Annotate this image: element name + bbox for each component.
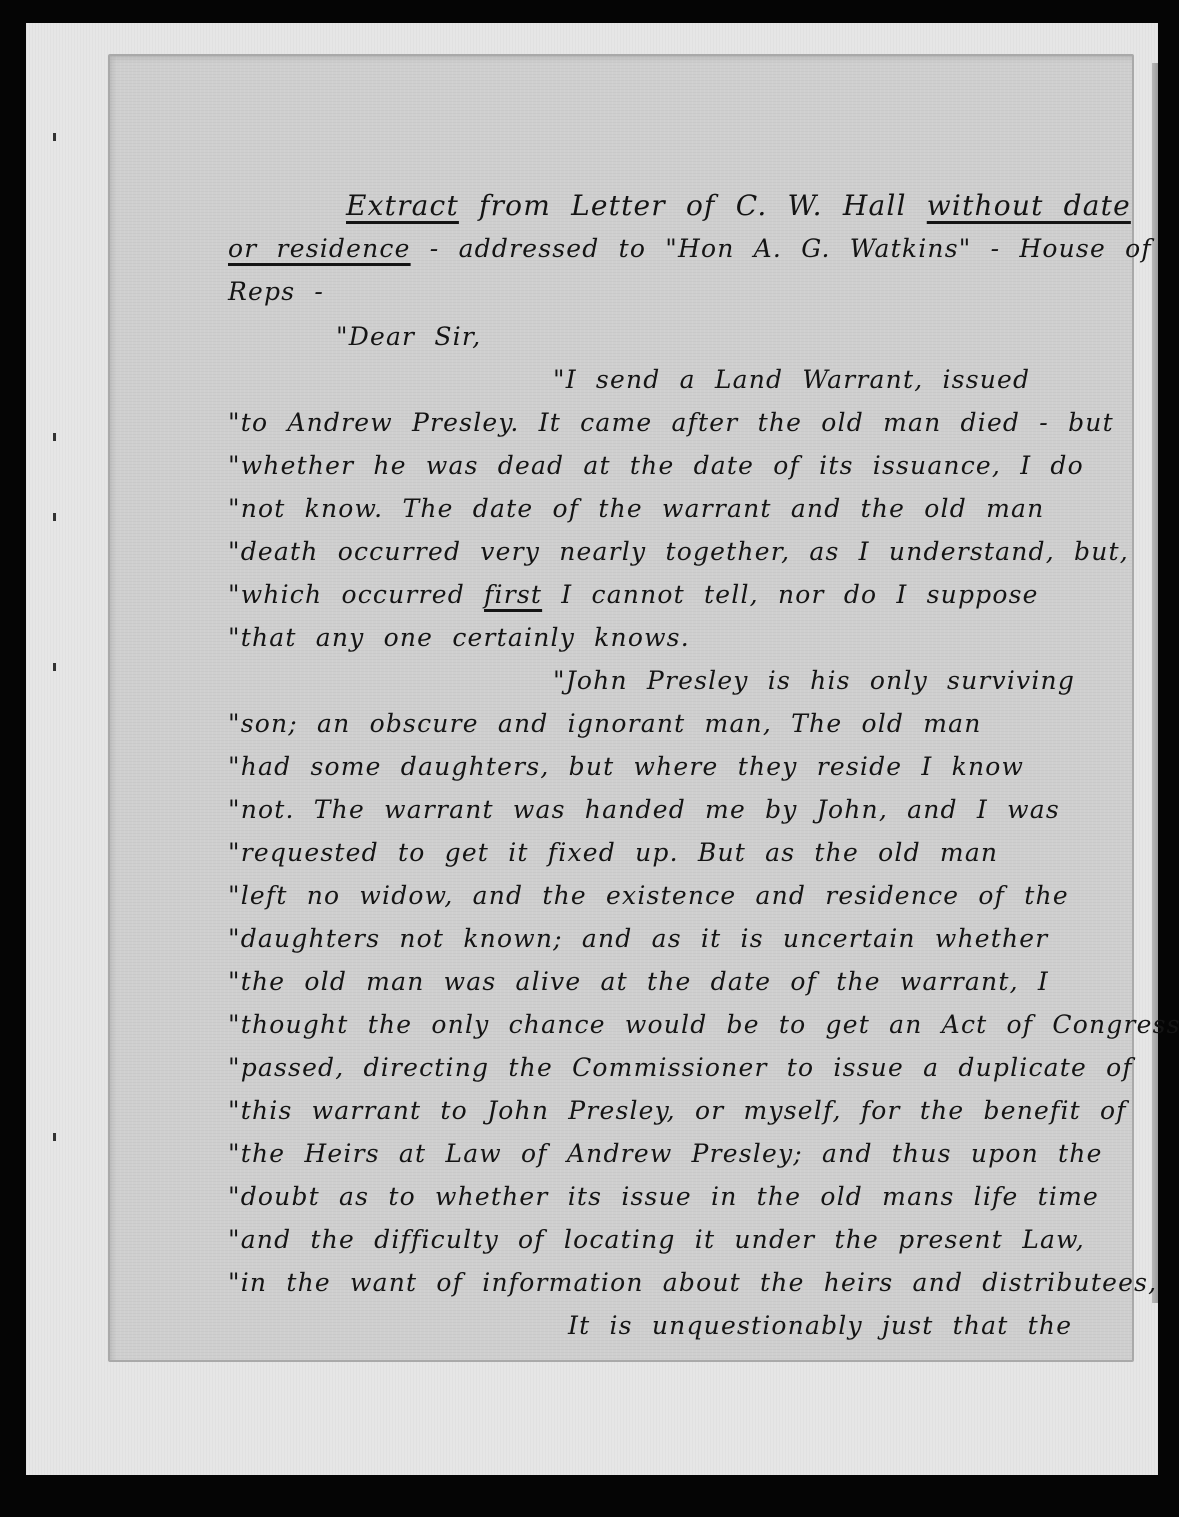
body-line-text: "not. The warrant was handed me by John,… xyxy=(228,795,1060,824)
body-line: "not know. The date of the warrant and t… xyxy=(228,487,1118,530)
body-line: "passed, directing the Commissioner to i… xyxy=(228,1046,1118,1089)
body-line: "had some daughters, but where they resi… xyxy=(228,745,1118,788)
body-line-text: "that any one certainly knows. xyxy=(228,623,690,652)
body-line-text: "son; an obscure and ignorant man, The o… xyxy=(228,709,982,738)
body-line-text: "requested to get it fixed up. But as th… xyxy=(228,838,998,867)
page-edge-shadow xyxy=(1152,63,1158,1303)
body-line-text: "death occurred very nearly together, as… xyxy=(228,537,1129,566)
body-line-text: "to Andrew Presley. It came after the ol… xyxy=(228,408,1114,437)
body-line-text: "doubt as to whether its issue in the ol… xyxy=(228,1182,1099,1211)
salutation: "Dear Sir, xyxy=(228,315,1118,358)
body-line: "doubt as to whether its issue in the ol… xyxy=(228,1175,1118,1218)
underlined-word-first: first xyxy=(484,580,542,609)
body-line: "which occurred first I cannot tell, nor… xyxy=(228,573,1118,616)
body-line-text: "whether he was dead at the date of its … xyxy=(228,451,1084,480)
body-line-text: "daughters not known; and as it is uncer… xyxy=(228,924,1048,953)
body-line: "left no widow, and the existence and re… xyxy=(228,874,1118,917)
body-line: "John Presley is his only surviving xyxy=(228,659,1118,702)
heading-line-1: Extract from Letter of C. W. Hall withou… xyxy=(228,184,1118,227)
body-line-text: "left no widow, and the existence and re… xyxy=(228,881,1069,910)
body-line-text: It is unquestionably just that the xyxy=(568,1311,1072,1340)
edge-marks xyxy=(53,123,59,1373)
heading-addressed-to: - addressed to "Hon A. G. Watkins" - Hou… xyxy=(411,234,1152,263)
edge-mark xyxy=(53,1133,56,1141)
letter-body: Extract from Letter of C. W. Hall withou… xyxy=(228,184,1118,1347)
salutation-text: "Dear Sir, xyxy=(336,322,481,351)
body-line: "death occurred very nearly together, as… xyxy=(228,530,1118,573)
heading-from-letter: from Letter of C. W. Hall xyxy=(459,189,907,222)
body-line: "not. The warrant was handed me by John,… xyxy=(228,788,1118,831)
body-line-text: "John Presley is his only surviving xyxy=(553,666,1075,695)
body-line-text: "the old man was alive at the date of th… xyxy=(228,967,1049,996)
letter-page: Extract from Letter of C. W. Hall withou… xyxy=(108,54,1134,1362)
body-line: "I send a Land Warrant, issued xyxy=(228,358,1118,401)
edge-mark xyxy=(53,513,56,521)
body-line: "the Heirs at Law of Andrew Presley; and… xyxy=(228,1132,1118,1175)
body-line-text: "I send a Land Warrant, issued xyxy=(553,365,1030,394)
body-line: It is unquestionably just that the xyxy=(228,1304,1118,1347)
body-line-text: "thought the only chance would be to get… xyxy=(228,1010,1179,1039)
body-line-text: "in the want of information about the he… xyxy=(228,1268,1157,1297)
edge-mark xyxy=(53,133,56,141)
body-line: "in the want of information about the he… xyxy=(228,1261,1118,1304)
heading-reps: Reps - xyxy=(228,277,324,306)
body-line: "the old man was alive at the date of th… xyxy=(228,960,1118,1003)
body-line: "son; an obscure and ignorant man, The o… xyxy=(228,702,1118,745)
heading-line-2: or residence - addressed to "Hon A. G. W… xyxy=(228,227,1118,270)
body-line: "that any one certainly knows. xyxy=(228,616,1118,659)
body-line: "this warrant to John Presley, or myself… xyxy=(228,1089,1118,1132)
body-line-text: "this warrant to John Presley, or myself… xyxy=(228,1096,1127,1125)
body-line: "daughters not known; and as it is uncer… xyxy=(228,917,1118,960)
heading-line-3: Reps - xyxy=(228,270,1118,313)
body-line-text: I cannot tell, nor do I suppose xyxy=(542,580,1039,609)
body-line-text: "the Heirs at Law of Andrew Presley; and… xyxy=(228,1139,1103,1168)
body-line-text: "which occurred xyxy=(228,580,484,609)
body-line-text: "not know. The date of the warrant and t… xyxy=(228,494,1044,523)
body-line: "thought the only chance would be to get… xyxy=(228,1003,1118,1046)
heading-extract-word: Extract xyxy=(346,189,459,222)
body-line-text: "and the difficulty of locating it under… xyxy=(228,1225,1085,1254)
edge-mark xyxy=(53,433,56,441)
heading-without-date: without date xyxy=(927,189,1131,222)
body-line: "whether he was dead at the date of its … xyxy=(228,444,1118,487)
heading-or-residence: or residence xyxy=(228,234,411,263)
body-line-text: "had some daughters, but where they resi… xyxy=(228,752,1024,781)
body-line: "requested to get it fixed up. But as th… xyxy=(228,831,1118,874)
edge-mark xyxy=(53,663,56,671)
body-line-text: "passed, directing the Commissioner to i… xyxy=(228,1053,1133,1082)
body-line: "to Andrew Presley. It came after the ol… xyxy=(228,401,1118,444)
body-line: "and the difficulty of locating it under… xyxy=(228,1218,1118,1261)
